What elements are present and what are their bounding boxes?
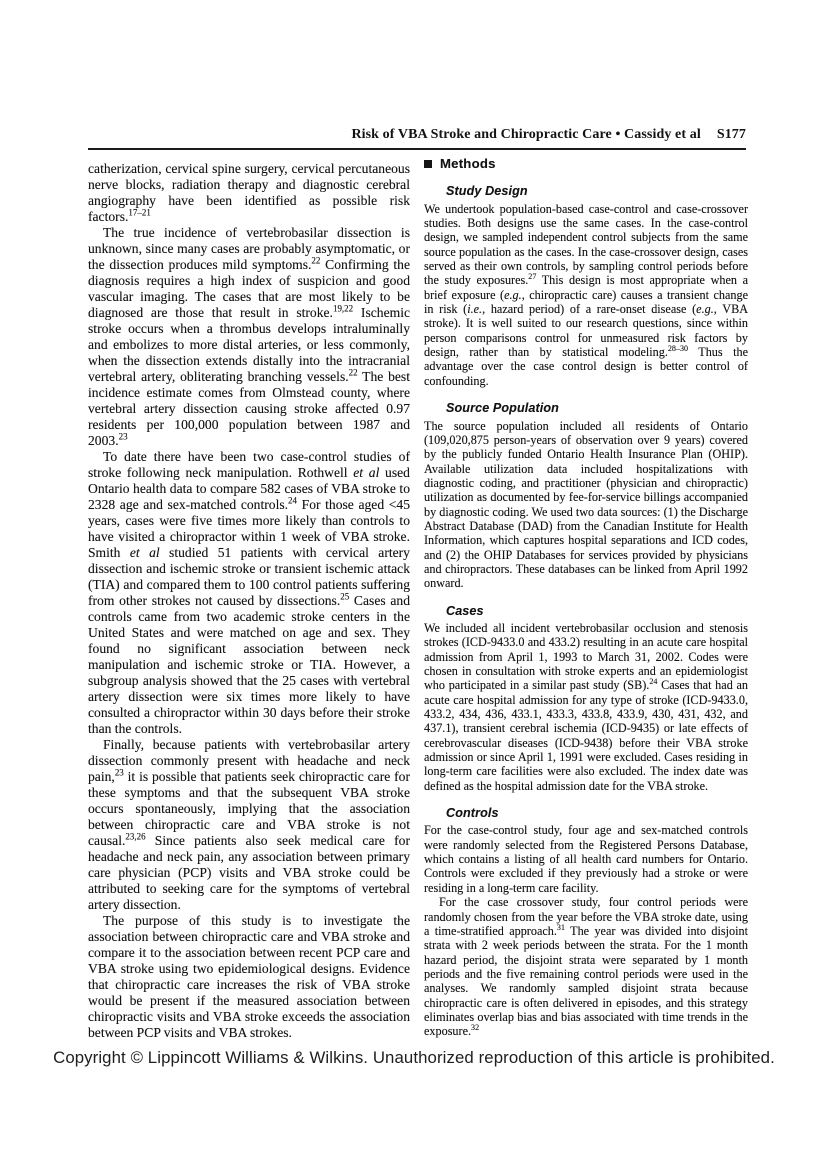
- reference-superscript: 24: [649, 677, 657, 686]
- section-cases: CasesWe included all incident vertebroba…: [424, 604, 748, 793]
- reference-superscript: 22: [311, 255, 320, 265]
- paragraph: The purpose of this study is to investig…: [88, 913, 410, 1041]
- paragraph: For the case-control study, four age and…: [424, 823, 748, 895]
- paragraph: We included all incident vertebrobasilar…: [424, 621, 748, 793]
- running-title: Risk of VBA Stroke and Chiropractic Care…: [351, 127, 700, 142]
- italic-text: e.g.: [504, 288, 522, 302]
- section-source-population: Source PopulationThe source population i…: [424, 401, 748, 590]
- italic-text: et al: [130, 545, 160, 560]
- italic-text: et al: [353, 465, 379, 480]
- paragraph: The true incidence of vertebrobasilar di…: [88, 225, 410, 449]
- reference-superscript: 19,22: [333, 303, 353, 313]
- reference-superscript: 24: [288, 495, 297, 505]
- paragraph: Finally, because patients with vertebrob…: [88, 737, 410, 913]
- reference-superscript: 23,26: [125, 831, 145, 841]
- paragraph: For the case crossover study, four contr…: [424, 895, 748, 1038]
- italic-text: e.g.: [696, 302, 714, 316]
- paragraph: The source population included all resid…: [424, 419, 748, 591]
- subsection-heading: Controls: [446, 806, 748, 820]
- paragraph: To date there have been two case-control…: [88, 449, 410, 737]
- section-heading-label: Methods: [440, 156, 496, 171]
- reference-superscript: 27: [528, 272, 536, 281]
- reference-superscript: 31: [557, 923, 565, 932]
- left-column: catherization, cervical spine surgery, c…: [88, 161, 410, 1041]
- section-controls: ControlsFor the case-control study, four…: [424, 806, 748, 1039]
- reference-superscript: 23: [115, 767, 124, 777]
- section-marker-icon: [424, 160, 432, 168]
- paragraph: We undertook population-based case-contr…: [424, 202, 748, 388]
- page-number: S177: [717, 127, 746, 142]
- reference-superscript: 28–30: [668, 344, 688, 353]
- section-methods: Methods: [424, 157, 748, 171]
- reference-superscript: 25: [340, 591, 349, 601]
- reference-superscript: 32: [471, 1023, 479, 1032]
- paragraph: catherization, cervical spine surgery, c…: [88, 161, 410, 225]
- reference-superscript: 17–21: [128, 207, 150, 217]
- section-study-design: Study DesignWe undertook population-base…: [424, 184, 748, 388]
- section-heading: Methods: [424, 157, 748, 171]
- subsection-heading: Source Population: [446, 401, 748, 415]
- reference-superscript: 23: [119, 431, 128, 441]
- italic-text: i.e.: [467, 302, 482, 316]
- reference-superscript: 22: [349, 367, 358, 377]
- header-rule: [88, 148, 746, 150]
- right-column: MethodsStudy DesignWe undertook populati…: [424, 157, 748, 1039]
- subsection-heading: Cases: [446, 604, 748, 618]
- running-head: Risk of VBA Stroke and Chiropractic Care…: [88, 127, 746, 143]
- subsection-heading: Study Design: [446, 184, 748, 198]
- copyright-notice: Copyright © Lippincott Williams & Wilkin…: [0, 1048, 828, 1068]
- journal-page: Risk of VBA Stroke and Chiropractic Care…: [0, 0, 828, 1169]
